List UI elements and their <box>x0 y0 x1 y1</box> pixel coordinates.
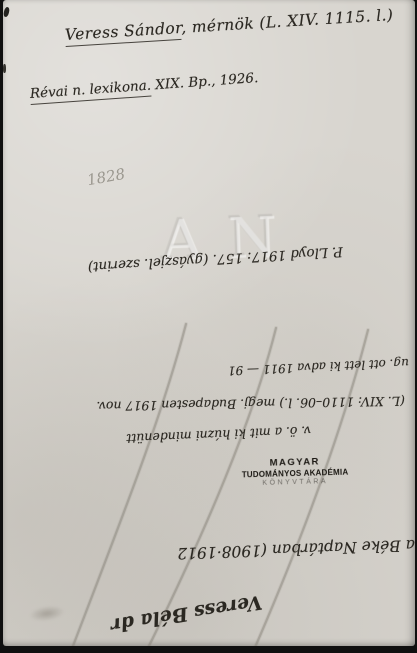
paper-nick-left-edge <box>3 64 6 73</box>
library-stamp: MAGYAR TUDOMÁNYOS AKADÉMIA KÖNYVTÁRA <box>239 456 352 488</box>
index-card: AN Veress Sándor, mérnök (L. XIV. 1115. … <box>3 0 415 646</box>
photo-frame: AN Veress Sándor, mérnök (L. XIV. 1115. … <box>0 0 417 653</box>
